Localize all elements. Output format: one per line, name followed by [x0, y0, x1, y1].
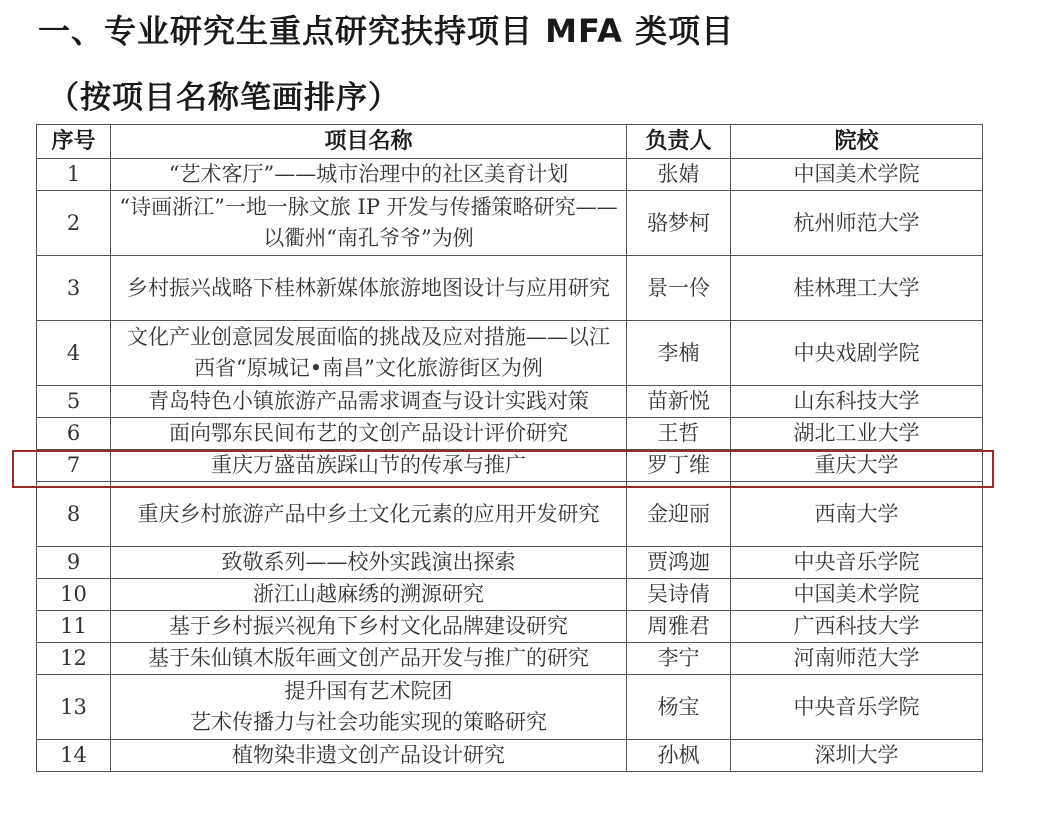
table-row: 1 “艺术客厅”——城市治理中的社区美育计划 张婧 中国美术学院 [37, 159, 983, 191]
cell-no: 12 [37, 643, 111, 675]
cell-school: 中央戏剧学院 [731, 321, 983, 386]
cell-school: 中央音乐学院 [731, 547, 983, 579]
table-row: 10 浙江山越麻绣的溯源研究 吴诗倩 中国美术学院 [37, 579, 983, 611]
table-row: 8 重庆乡村旅游产品中乡土文化元素的应用开发研究 金迎丽 西南大学 [37, 482, 983, 547]
header-no: 序号 [37, 125, 111, 159]
cell-person: 杨宝 [627, 675, 731, 740]
cell-person: 李宁 [627, 643, 731, 675]
table-row-highlighted: 7 重庆万盛苗族踩山节的传承与推广 罗丁维 重庆大学 [37, 450, 983, 482]
cell-person: 苗新悦 [627, 386, 731, 418]
table-row: 13 提升国有艺术院团 艺术传播力与社会功能实现的策略研究 杨宝 中央音乐学院 [37, 675, 983, 740]
cell-person: 吴诗倩 [627, 579, 731, 611]
table-row: 14 植物染非遗文创产品设计研究 孙枫 深圳大学 [37, 740, 983, 772]
cell-name-line-2: 艺术传播力与社会功能实现的策略研究 [117, 707, 620, 738]
cell-no: 11 [37, 611, 111, 643]
cell-school: 桂林理工大学 [731, 256, 983, 321]
table-row: 2 “诗画浙江”一地一脉文旅 IP 开发与传播策略研究——以衢州“南孔爷爷”为例… [37, 191, 983, 256]
cell-person: 周雅君 [627, 611, 731, 643]
cell-school: 杭州师范大学 [731, 191, 983, 256]
cell-school: 山东科技大学 [731, 386, 983, 418]
cell-name: 基于朱仙镇木版年画文创产品开发与推广的研究 [111, 643, 627, 675]
cell-no: 10 [37, 579, 111, 611]
cell-no: 7 [37, 450, 111, 482]
table-row: 3 乡村振兴战略下桂林新媒体旅游地图设计与应用研究 景一伶 桂林理工大学 [37, 256, 983, 321]
cell-person: 金迎丽 [627, 482, 731, 547]
cell-school: 广西科技大学 [731, 611, 983, 643]
cell-school: 深圳大学 [731, 740, 983, 772]
cell-person: 贾鸿迦 [627, 547, 731, 579]
cell-name: 植物染非遗文创产品设计研究 [111, 740, 627, 772]
cell-person: 景一伶 [627, 256, 731, 321]
cell-person: 罗丁维 [627, 450, 731, 482]
table-row: 5 青岛特色小镇旅游产品需求调查与设计实践对策 苗新悦 山东科技大学 [37, 386, 983, 418]
cell-no: 8 [37, 482, 111, 547]
document-title: 一、专业研究生重点研究扶持项目 MFA 类项目 [38, 6, 734, 52]
table-row: 12 基于朱仙镇木版年画文创产品开发与推广的研究 李宁 河南师范大学 [37, 643, 983, 675]
cell-no: 1 [37, 159, 111, 191]
cell-school: 中国美术学院 [731, 159, 983, 191]
table-row: 11 基于乡村振兴视角下乡村文化品牌建设研究 周雅君 广西科技大学 [37, 611, 983, 643]
cell-name: 致敬系列——校外实践演出探索 [111, 547, 627, 579]
cell-name: 重庆万盛苗族踩山节的传承与推广 [111, 450, 627, 482]
document-subtitle: （按项目名称笔画排序） [48, 72, 400, 117]
table-row: 6 面向鄂东民间布艺的文创产品设计评价研究 王哲 湖北工业大学 [37, 418, 983, 450]
cell-name: 面向鄂东民间布艺的文创产品设计评价研究 [111, 418, 627, 450]
cell-school: 中国美术学院 [731, 579, 983, 611]
cell-no: 14 [37, 740, 111, 772]
cell-person: 骆梦柯 [627, 191, 731, 256]
cell-name: 浙江山越麻绣的溯源研究 [111, 579, 627, 611]
cell-person: 孙枫 [627, 740, 731, 772]
cell-school: 湖北工业大学 [731, 418, 983, 450]
cell-no: 3 [37, 256, 111, 321]
cell-person: 王哲 [627, 418, 731, 450]
cell-name: 提升国有艺术院团 艺术传播力与社会功能实现的策略研究 [111, 675, 627, 740]
cell-school: 河南师范大学 [731, 643, 983, 675]
cell-name: 乡村振兴战略下桂林新媒体旅游地图设计与应用研究 [111, 256, 627, 321]
cell-name: 重庆乡村旅游产品中乡土文化元素的应用开发研究 [111, 482, 627, 547]
cell-school: 西南大学 [731, 482, 983, 547]
cell-person: 李楠 [627, 321, 731, 386]
cell-school: 中央音乐学院 [731, 675, 983, 740]
table-row: 4 文化产业创意园发展面临的挑战及应对措施——以江西省“原城记•南昌”文化旅游街… [37, 321, 983, 386]
cell-no: 9 [37, 547, 111, 579]
cell-no: 4 [37, 321, 111, 386]
table-header-row: 序号 项目名称 负责人 院校 [37, 125, 983, 159]
cell-no: 13 [37, 675, 111, 740]
header-person: 负责人 [627, 125, 731, 159]
cell-name-line-1: 提升国有艺术院团 [117, 676, 620, 707]
table-row: 9 致敬系列——校外实践演出探索 贾鸿迦 中央音乐学院 [37, 547, 983, 579]
cell-name: 基于乡村振兴视角下乡村文化品牌建设研究 [111, 611, 627, 643]
cell-no: 5 [37, 386, 111, 418]
project-table: 序号 项目名称 负责人 院校 1 “艺术客厅”——城市治理中的社区美育计划 张婧… [36, 124, 983, 772]
cell-name: “艺术客厅”——城市治理中的社区美育计划 [111, 159, 627, 191]
header-school: 院校 [731, 125, 983, 159]
cell-name: 青岛特色小镇旅游产品需求调查与设计实践对策 [111, 386, 627, 418]
cell-person: 张婧 [627, 159, 731, 191]
cell-school: 重庆大学 [731, 450, 983, 482]
cell-no: 6 [37, 418, 111, 450]
cell-name: “诗画浙江”一地一脉文旅 IP 开发与传播策略研究——以衢州“南孔爷爷”为例 [111, 191, 627, 256]
cell-name: 文化产业创意园发展面临的挑战及应对措施——以江西省“原城记•南昌”文化旅游街区为… [111, 321, 627, 386]
header-name: 项目名称 [111, 125, 627, 159]
cell-no: 2 [37, 191, 111, 256]
